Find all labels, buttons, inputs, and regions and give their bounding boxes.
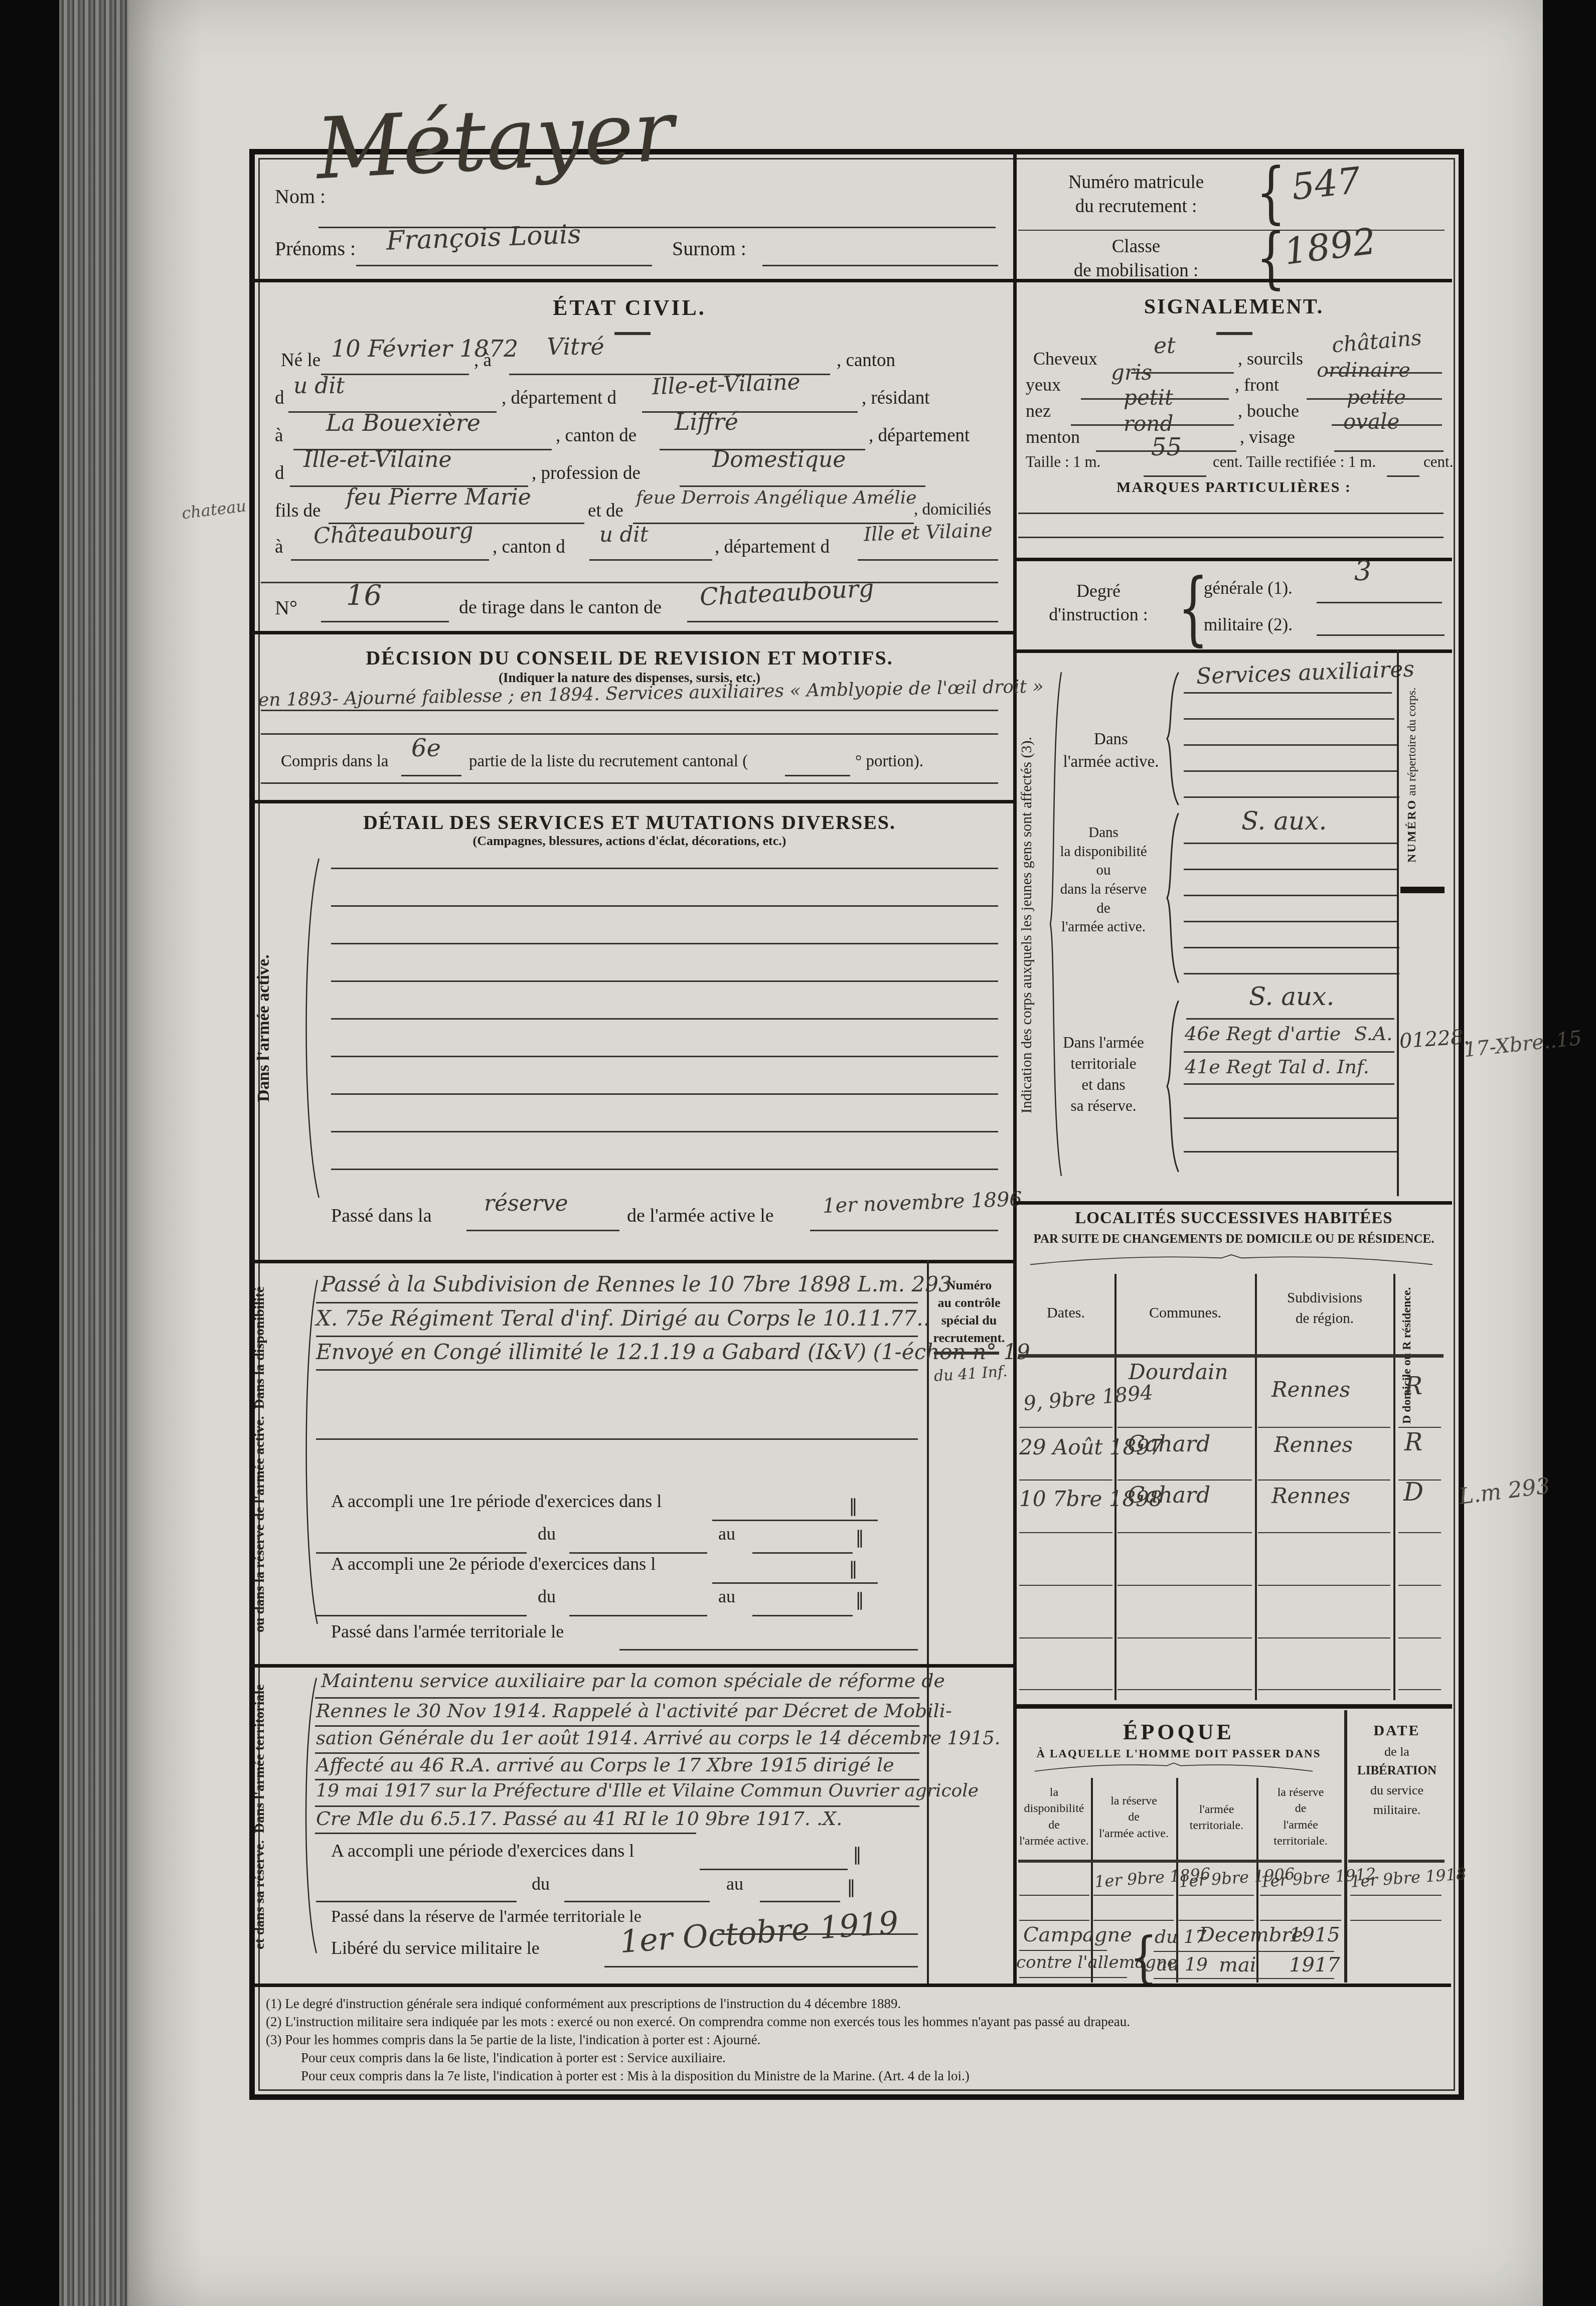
d-label: d — [275, 389, 284, 407]
compris-mid-label: partie de la liste du recrutement canton… — [469, 753, 748, 770]
slash-mark: ∥ — [849, 1560, 858, 1578]
commune-value: Dourdain — [1129, 1362, 1228, 1383]
ruled-line — [1184, 947, 1399, 948]
au-label: au — [718, 1587, 735, 1605]
table-header-rule — [1018, 1860, 1342, 1863]
a-label: à — [275, 426, 283, 445]
ruled-line — [1260, 1895, 1341, 1896]
detail-subtitle: (Campagnes, blessures, actions d'éclat, … — [261, 833, 998, 850]
tirage-label: de tirage dans le canton de — [459, 598, 662, 617]
ruled-line — [261, 710, 998, 711]
campagne-label1: Campagne — [1023, 1925, 1132, 1945]
ne-le-label: Né le — [281, 351, 321, 370]
ruled-line — [1018, 230, 1445, 231]
ruled-line — [1317, 634, 1445, 636]
compris-end-label: ° portion). — [855, 753, 923, 770]
compris-value: 6e — [411, 736, 441, 760]
departement-value: Ille-et-Vilaine — [652, 371, 801, 398]
visage-value: ovale — [1343, 411, 1399, 432]
title-dash — [614, 332, 651, 335]
cheveux-label: Cheveux — [1033, 350, 1097, 368]
slash-mark: ∥ — [855, 1529, 864, 1547]
corps-terr-value2: 46e Regt d'artie — [1185, 1024, 1341, 1043]
epoque-col4-header: la réserve de l'armée territoriale. — [1258, 1784, 1343, 1850]
group-brace — [1164, 671, 1181, 806]
corps-terr-value1: S. aux. — [1249, 984, 1334, 1009]
etat-civil-title: ÉTAT CIVIL. — [261, 293, 998, 322]
ruled-line — [315, 1697, 919, 1699]
ruled-line — [1184, 1051, 1394, 1053]
ruled-line — [316, 1336, 918, 1337]
residant-label: , résidant — [862, 389, 930, 407]
profession-label: , profession de — [532, 464, 641, 482]
cheveux-value: et — [1154, 335, 1176, 357]
footnote-1: (1) Le degré d'instruction générale sera… — [266, 1997, 901, 2011]
ruled-line — [331, 1056, 998, 1057]
ruled-line — [1258, 1585, 1390, 1586]
ruled-line — [1179, 1920, 1254, 1921]
numero-column-divider — [1397, 649, 1399, 1196]
ruled-line — [331, 1093, 998, 1095]
ruled-line — [785, 775, 850, 776]
epoque-subtitle: À LAQUELLE L'HOMME DOIT PASSER DANS — [1018, 1746, 1339, 1761]
ruled-line — [1154, 1978, 1334, 1979]
ruled-line — [331, 1131, 998, 1132]
ruled-line — [1019, 1689, 1112, 1690]
canton-d-label: , canton d — [493, 538, 565, 556]
compris-label: Compris dans la — [281, 753, 388, 770]
corps-active-label: Dans l'armée active. — [1058, 728, 1164, 773]
canton-label: , canton — [837, 351, 895, 370]
table-header-rule — [1348, 1860, 1445, 1863]
section-divider — [1014, 558, 1452, 561]
ruled-line — [564, 1901, 710, 1902]
ruled-line — [356, 265, 652, 266]
ruled-line — [331, 980, 998, 982]
ruled-line — [1398, 1689, 1441, 1690]
campagne-au: au 19 — [1157, 1956, 1208, 1974]
terr-hw2: Rennes le 30 Nov 1914. Rappelé à l'activ… — [316, 1701, 952, 1720]
bouche-value: petite — [1347, 387, 1406, 407]
prenoms-label: Prénoms : — [275, 239, 356, 259]
section-divider — [251, 800, 1013, 803]
ruled-line — [1184, 770, 1397, 772]
ruled-line — [1019, 1585, 1112, 1586]
signalement-title: SIGNALEMENT. — [1023, 293, 1445, 321]
matricule-brace: { — [1256, 159, 1286, 226]
ruled-line — [261, 733, 998, 735]
corps-dispo-value: S. aux. — [1241, 808, 1327, 834]
fils-de-label: fils de — [275, 502, 321, 520]
epoque-col2-header: la réserve de l'armée active. — [1092, 1793, 1175, 1842]
canton3-value: u dit — [599, 524, 649, 545]
ruled-line — [1317, 602, 1442, 603]
section-brace — [299, 855, 322, 1201]
campagne-an1: 1915 — [1289, 1925, 1340, 1945]
yeux-value: gris — [1111, 362, 1152, 383]
passe-reserve-label: Passé dans la — [331, 1206, 432, 1225]
subdiv-value: Rennes — [1271, 1486, 1350, 1507]
ruled-line — [1018, 537, 1444, 538]
domicile-value: Châteaubourg — [313, 520, 473, 547]
ruled-line — [1093, 1920, 1174, 1921]
ruled-line — [1184, 692, 1392, 694]
dr-value: R — [1404, 1374, 1422, 1398]
canton-de-label: , canton de — [556, 426, 636, 445]
terr-periode-label: A accompli une période d'exercices dans … — [331, 1842, 634, 1860]
terr-hw4: Affecté au 46 R.A. arrivé au Corps le 17… — [316, 1755, 894, 1774]
ruled-line — [1184, 869, 1397, 870]
ruled-line — [1118, 1427, 1252, 1428]
ruled-line — [1019, 1977, 1127, 1978]
ruled-line — [1118, 1479, 1252, 1480]
ruled-line — [589, 559, 712, 561]
section-divider — [251, 1664, 1013, 1668]
col-communes-header: Communes. — [1116, 1303, 1254, 1323]
ruled-line — [1184, 1117, 1397, 1119]
nom-value: Métayer — [314, 88, 676, 191]
ruled-line — [1186, 1018, 1394, 1020]
table-header-rule — [1018, 1354, 1444, 1358]
corps-side-label: Indication des corps auxquels les jeunes… — [1017, 662, 1046, 1189]
ruled-line — [619, 1649, 918, 1651]
corps-dispo-label: Dans la disponibilité ou dans la réserve… — [1046, 823, 1161, 937]
ruled-line — [752, 1615, 853, 1616]
marques-label: MARQUES PARTICULIÈRES : — [1023, 477, 1445, 497]
epoque-col3-header: l'armée territoriale. — [1178, 1801, 1255, 1834]
taille-mid-label: cent. Taille rectifiée : 1 m. — [1213, 454, 1376, 469]
subdiv-value: Rennes — [1274, 1434, 1353, 1455]
matricule-value: 547 — [1290, 162, 1362, 205]
ruled-line — [752, 1552, 853, 1554]
ruled-line — [316, 1369, 918, 1371]
footnote-4: Pour ceux compris dans la 6e liste, l'in… — [301, 2051, 726, 2065]
ruled-line — [291, 559, 489, 561]
father-value: feu Pierre Marie — [346, 486, 531, 509]
bouche-label: , bouche — [1238, 402, 1299, 420]
campagne-brace: { — [1130, 1930, 1158, 1985]
section-divider — [251, 279, 1452, 282]
detail-side-label: Dans l'armée active. — [253, 853, 286, 1204]
ruled-line — [1019, 1532, 1112, 1533]
ruled-line — [1258, 1532, 1390, 1533]
tirage-no-value: 16 — [346, 582, 382, 610]
matricule-label: Numéro matricule du recrutement : — [1031, 171, 1241, 219]
ruled-line — [1118, 1637, 1252, 1638]
terr-side-label: et dans sa réserve. Dans l'armée territo… — [251, 1673, 297, 1961]
au-label: au — [726, 1875, 743, 1893]
section-divider — [251, 1260, 1013, 1263]
horizontal-brace — [1028, 1253, 1434, 1266]
ruled-line — [1118, 1532, 1252, 1533]
dispo-hw3: Envoyé en Congé illimité le 12.1.19 a Ga… — [316, 1342, 1030, 1363]
ruled-line — [1260, 1920, 1341, 1921]
terr-hw1: Maintenu service auxiliaire par la comon… — [321, 1671, 945, 1690]
horizontal-brace — [1033, 1761, 1314, 1772]
ruled-line — [810, 1230, 998, 1231]
commune-value: Gahard — [1128, 1485, 1210, 1507]
subdiv-value: Rennes — [1271, 1379, 1350, 1400]
birth-place-value: Vitré — [547, 335, 604, 358]
passe-reserve-value: réserve — [484, 1193, 568, 1215]
passe-terr-label: Passé dans l'armée territoriale le — [331, 1622, 564, 1640]
d-label: d — [275, 464, 284, 482]
domicilies-label: , domiciliés — [914, 502, 991, 518]
nez-label: nez — [1026, 402, 1051, 420]
footnote-divider — [255, 1984, 1451, 1987]
ruled-line — [1019, 1895, 1089, 1896]
slash-mark: ∥ — [847, 1878, 856, 1896]
ruled-line — [1350, 1895, 1442, 1896]
ruled-line — [687, 621, 998, 622]
profession-value: Domestique — [712, 449, 846, 471]
ruled-line — [466, 1230, 619, 1231]
group-brace — [1164, 999, 1181, 1174]
title-dash — [1216, 332, 1252, 335]
ruled-line — [315, 1833, 696, 1834]
ruled-line — [1258, 1427, 1390, 1428]
a-label: à — [275, 538, 283, 556]
table-divider — [1393, 1274, 1395, 1700]
ruled-line — [261, 782, 998, 784]
ruled-line — [331, 868, 998, 869]
ruled-line — [1398, 1637, 1441, 1638]
ruled-line — [569, 1615, 707, 1616]
residence-value: La Bouexière — [326, 411, 481, 434]
front-value: ordinaire — [1317, 360, 1410, 380]
ruled-line — [316, 1302, 918, 1303]
epoque-date-header: DATE de la LIBÉRATION du service militai… — [1349, 1719, 1445, 1820]
degre-label: Degré d'instruction : — [1033, 579, 1164, 626]
ruled-line — [604, 1966, 918, 1967]
ruled-line — [1184, 796, 1399, 798]
ruled-line — [1179, 1895, 1254, 1896]
taille-end-label: cent. — [1423, 454, 1453, 469]
numero-column-label: NUMÉRO au répertoire du corps. — [1404, 667, 1447, 883]
canton-value: u dit — [293, 375, 345, 397]
group-brace — [1164, 811, 1181, 984]
nez-value: petit — [1124, 387, 1173, 408]
controle-column-divider — [927, 1260, 929, 1984]
footnote-2: (2) L'instruction militaire sera indiqué… — [266, 2015, 1130, 2029]
slash-mark: ∥ — [853, 1846, 862, 1864]
dr-value: R — [1404, 1430, 1422, 1454]
ruled-line — [1019, 1427, 1112, 1428]
terr-hw3: sation Générale du 1er août 1914. Arrivé… — [316, 1729, 1001, 1747]
ruled-line — [316, 1901, 517, 1902]
date-column-divider — [1344, 1710, 1347, 1983]
menton-value: rond — [1124, 413, 1173, 434]
periode2-label: A accompli une 2e période d'exercices da… — [331, 1555, 656, 1573]
libere-label: Libéré du service militaire le — [331, 1939, 540, 1957]
ruled-line — [1184, 843, 1397, 844]
corps-terr-value3: 41e Regt Tal d. Inf. — [1185, 1057, 1369, 1076]
ruled-line — [1184, 1151, 1397, 1152]
du-label: du — [538, 1525, 556, 1543]
taille-label: Taille : 1 m. — [1026, 454, 1100, 469]
ruled-line — [858, 559, 998, 561]
ruled-line — [315, 1805, 919, 1807]
ruled-line — [1350, 1920, 1442, 1921]
passe-res-terr-label: Passé dans la réserve de l'armée territo… — [331, 1908, 642, 1925]
tirage-no-label: N° — [275, 598, 297, 618]
campagne-mois1: Decembre — [1199, 1925, 1303, 1945]
section-divider — [1014, 1704, 1452, 1709]
ruled-line — [1154, 1951, 1334, 1952]
table-divider — [1255, 1274, 1257, 1700]
front-label: , front — [1235, 376, 1279, 394]
ruled-line — [1118, 1585, 1252, 1586]
ruled-line — [1184, 921, 1398, 922]
section-divider — [251, 631, 1013, 634]
ruled-line — [1387, 475, 1419, 477]
generale-label: générale (1). — [1204, 579, 1293, 597]
dept3-value: Ille et Vilaine — [863, 521, 993, 544]
page-stack-edge — [59, 0, 128, 2306]
ruled-line — [1019, 1479, 1112, 1480]
terr-hw6: Cre Mle du 6.5.17. Passé au 41 RI le 10 … — [316, 1809, 842, 1828]
dr-value: D — [1403, 1479, 1423, 1505]
ruled-line — [1144, 475, 1206, 477]
menton-label: menton — [1026, 428, 1080, 446]
section-divider — [1014, 1201, 1452, 1205]
epoque-title: ÉPOQUE — [1018, 1718, 1339, 1746]
departement-label: , département d — [502, 389, 616, 407]
mother-value: feue Derrois Angélique Amélie — [636, 489, 917, 507]
ruled-line — [1398, 1427, 1441, 1428]
footnote-5: Pour ceux compris dans la 7e liste, l'in… — [301, 2069, 970, 2083]
ruled-line — [700, 1869, 848, 1870]
a-label: , à — [474, 351, 492, 370]
campagne-an2: 1917 — [1289, 1955, 1340, 1975]
detail-title: DÉTAIL DES SERVICES ET MUTATIONS DIVERSE… — [261, 809, 998, 836]
section-divider — [1014, 649, 1452, 653]
footnote-3: (3) Pour les hommes compris dans la 5e p… — [266, 2033, 760, 2047]
ruled-line — [316, 1615, 527, 1616]
ruled-line — [1184, 718, 1394, 720]
campagne-mois2: mai — [1219, 1955, 1256, 1975]
prenoms-value: François Louis — [386, 221, 581, 254]
du-label: du — [532, 1875, 550, 1893]
ruled-line — [331, 1169, 998, 1170]
sourcils-label: , sourcils — [1238, 350, 1303, 368]
au-label: au — [718, 1525, 735, 1543]
ruled-line — [1258, 1637, 1390, 1638]
ruled-line — [1118, 1689, 1252, 1690]
visage-label: , visage — [1240, 428, 1295, 446]
ruled-line — [1019, 1920, 1089, 1921]
ruled-line — [760, 1901, 840, 1902]
localites-title: LOCALITÉS SUCCESSIVES HABITÉES — [1023, 1208, 1445, 1229]
ruled-line — [1398, 1532, 1441, 1533]
ruled-line — [1018, 513, 1444, 514]
militaire-label: militaire (2). — [1204, 616, 1293, 633]
numero-value: 01228. — [1399, 1027, 1470, 1052]
corps-terr-value2b: S.A. — [1354, 1024, 1392, 1043]
ruled-line — [1019, 1637, 1112, 1638]
ruled-line — [316, 1438, 918, 1440]
taille-value: 55 — [1151, 435, 1182, 459]
ruled-line — [331, 1018, 998, 1020]
ruled-line — [331, 943, 998, 944]
et-de-label: et de — [588, 502, 623, 520]
dept2-value: Ille-et-Vilaine — [303, 449, 452, 471]
ruled-line — [1093, 1895, 1174, 1896]
slash-mark: ∥ — [855, 1591, 864, 1609]
ruled-line — [321, 621, 449, 622]
ruled-line — [1184, 744, 1397, 746]
slash-mark: ∥ — [849, 1497, 858, 1515]
surnom-label: Surnom : — [672, 239, 746, 259]
dispo-hw2: X. 75e Régiment Teral d'inf. Dirigé au C… — [316, 1308, 930, 1329]
dispo-side-label: ou dans la réserve de l'armée active. Da… — [251, 1276, 297, 1642]
epoque-col1-header: la disponibilité de l'armée active. — [1018, 1784, 1090, 1850]
classe-value: 1892 — [1282, 223, 1378, 270]
ruled-line — [762, 265, 998, 266]
col-dates-header: Dates. — [1018, 1303, 1113, 1323]
departement3-label: , département d — [715, 538, 830, 556]
du-label: du — [538, 1587, 556, 1605]
ruled-line — [315, 1725, 919, 1727]
localites-subtitle: PAR SUITE DE CHANGEMENTS DE DOMICILE OU … — [1023, 1231, 1445, 1248]
ruled-line — [1184, 1083, 1394, 1085]
ruled-line — [1398, 1585, 1441, 1586]
ruled-line — [1184, 973, 1399, 974]
yeux-label: yeux — [1026, 376, 1061, 394]
corps-terr-label: Dans l'armée territoriale et dans sa rés… — [1046, 1032, 1161, 1116]
decision-title: DÉCISION DU CONSEIL DE REVISION ET MOTIF… — [261, 645, 998, 671]
ruled-line — [1258, 1689, 1390, 1690]
periode1-label: A accompli une 1re période d'exercices d… — [331, 1492, 662, 1510]
ruled-line — [401, 775, 461, 776]
commune-value: Gahard — [1128, 1433, 1210, 1455]
terr-hw5: 19 mai 1917 sur la Préfecture d'Ille et … — [316, 1782, 979, 1800]
ruled-line — [331, 905, 998, 907]
ruled-line — [712, 1520, 878, 1521]
scanned-register-photo: { "header": { "nom_label": "Nom :", "nom… — [0, 0, 1596, 2306]
canton2-value: Liffré — [675, 410, 738, 433]
passe-mid-label: de l'armée active le — [627, 1206, 774, 1225]
ruled-line — [680, 485, 925, 487]
ruled-line — [1334, 450, 1444, 452]
ruled-line — [712, 1582, 878, 1584]
generale-value: 3 — [1354, 558, 1371, 585]
numero-column-mark — [1400, 887, 1445, 893]
ruled-line — [1184, 895, 1398, 896]
col-subdiv-header: Subdivisions de région. — [1257, 1288, 1392, 1329]
departement2-label: , département — [869, 426, 970, 445]
classe-label: Classe de mobilisation : — [1031, 235, 1241, 283]
ruled-line — [1019, 1950, 1107, 1951]
dispo-hw1: Passé à la Subdivision de Rennes le 10 7… — [321, 1274, 952, 1295]
ruled-line — [1258, 1479, 1390, 1480]
